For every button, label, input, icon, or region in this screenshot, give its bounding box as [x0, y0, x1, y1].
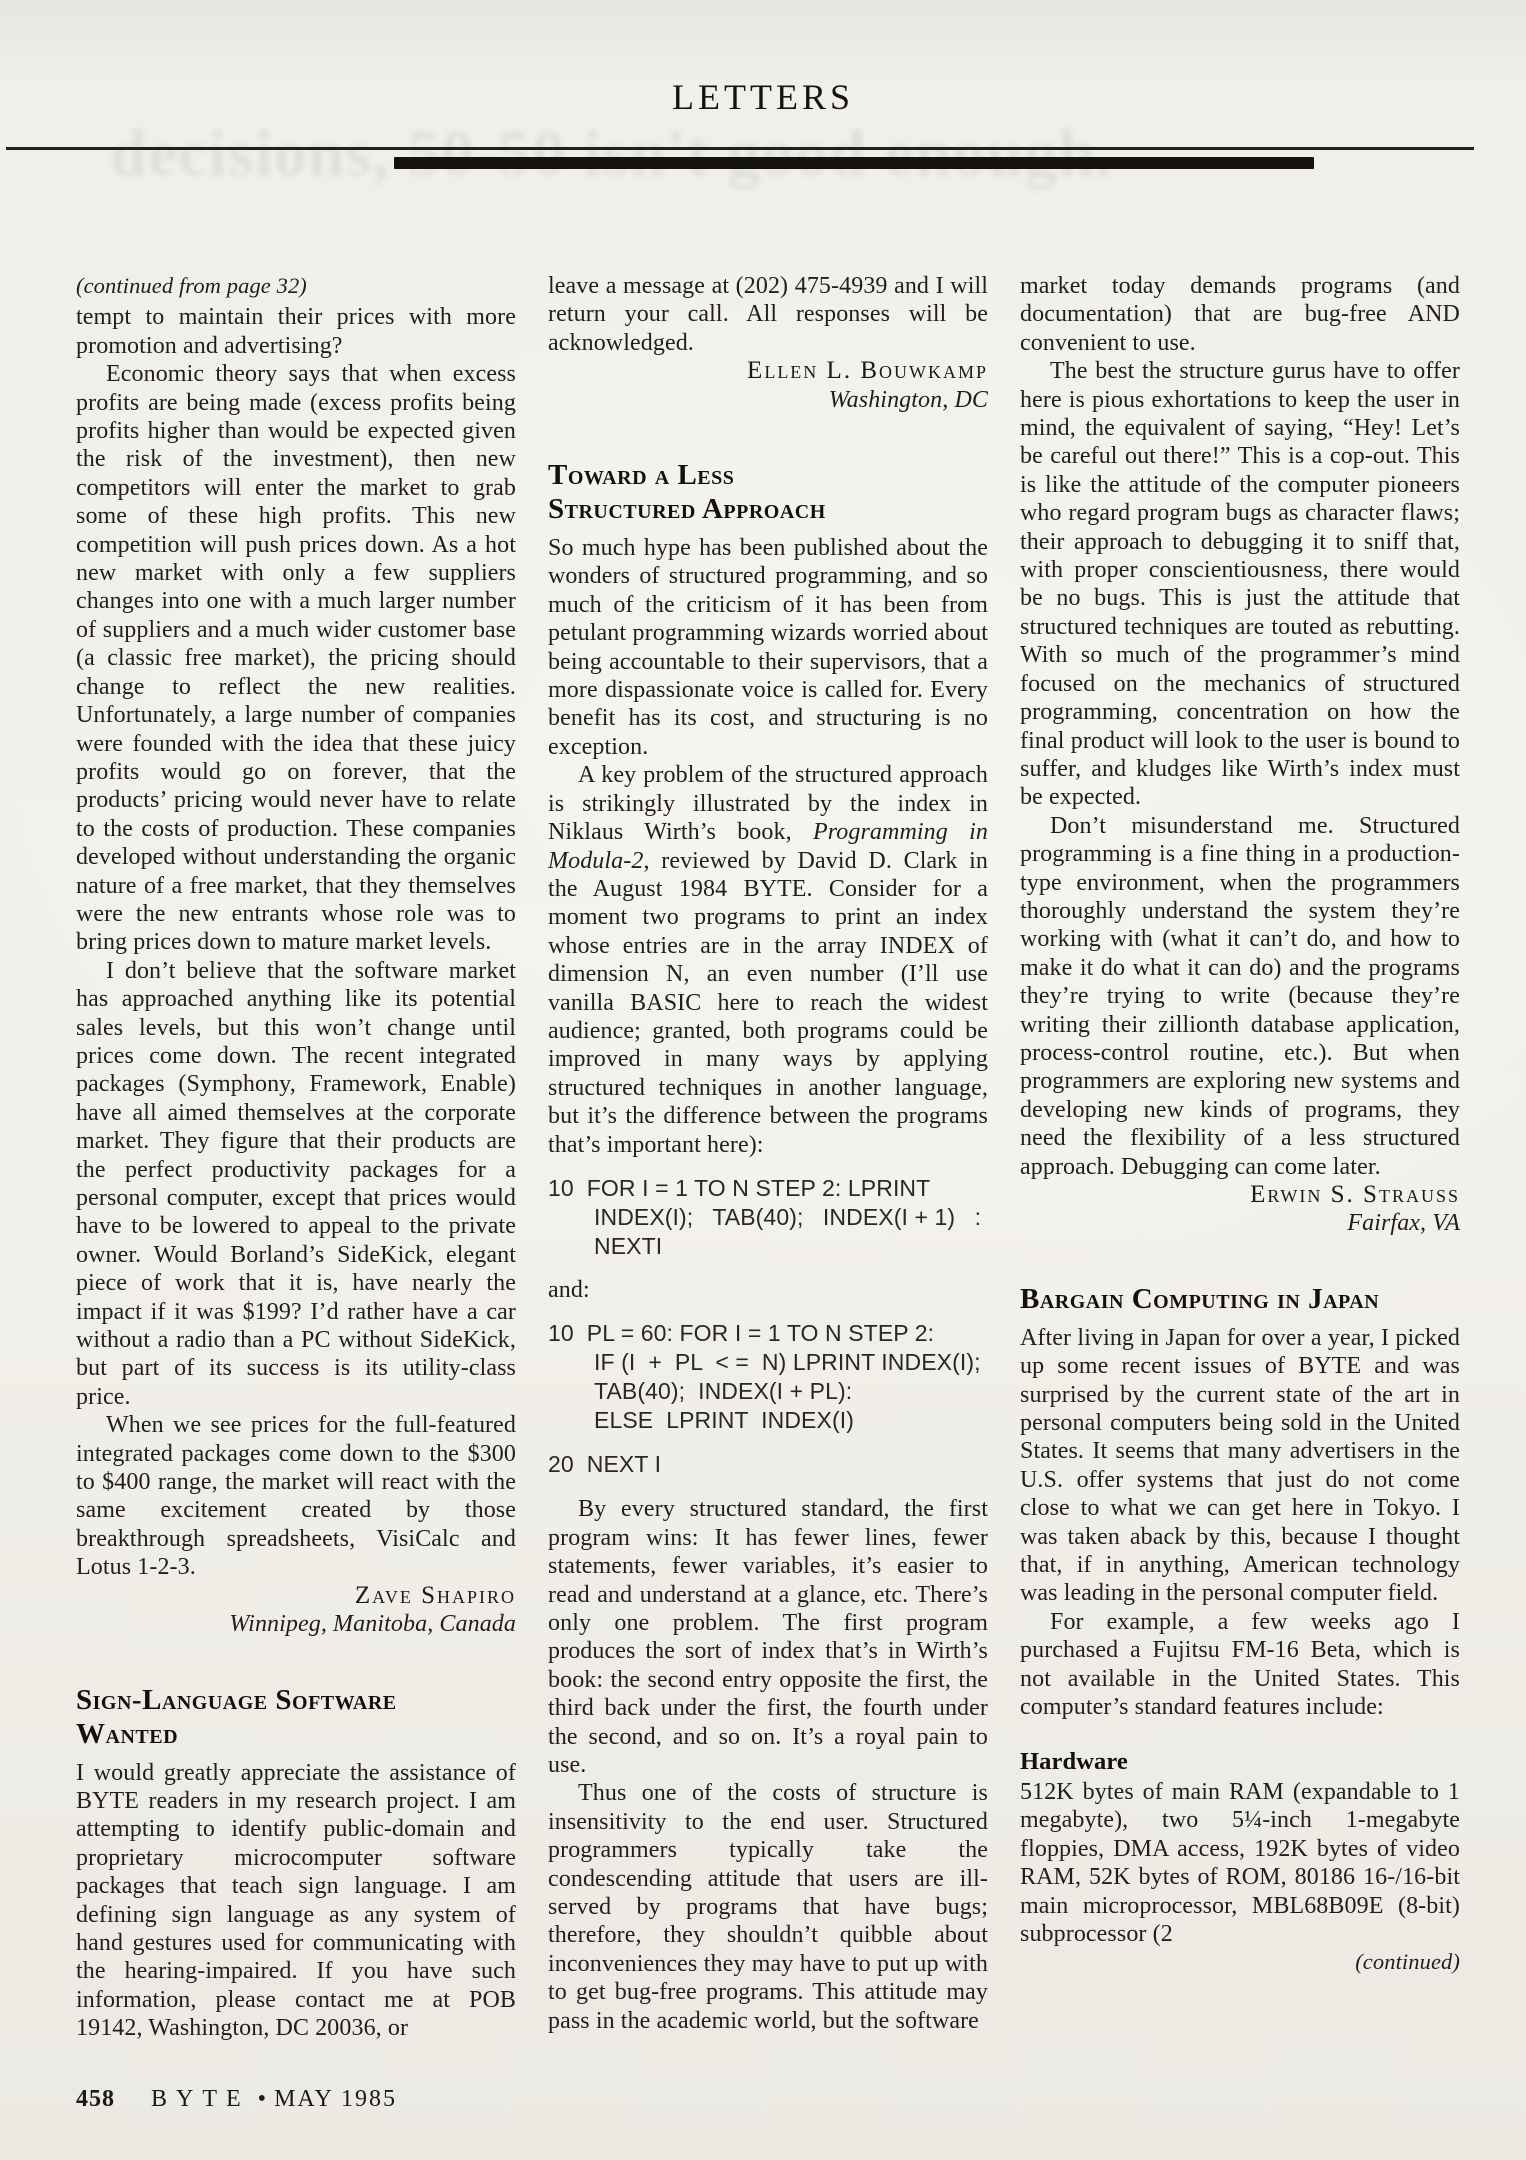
code-line: TAB(40); INDEX(I + PL): — [548, 1377, 988, 1406]
signature-name: Zave Shapiro — [76, 1582, 516, 1610]
section-heading-sign-language: Sign-Language Software Wanted — [76, 1683, 486, 1751]
paragraph: When we see prices for the full-featured… — [76, 1411, 516, 1581]
and-label: and: — [548, 1276, 988, 1304]
paragraph: Economic theory says that when excess pr… — [76, 360, 516, 957]
subheading-hardware: Hardware — [1020, 1748, 1460, 1776]
issue-date: MAY 1985 — [274, 2086, 397, 2112]
paragraph: A key problem of the structured approach… — [548, 761, 988, 1159]
section-heading-structured-approach: Toward a Less Structured Approach — [548, 458, 878, 526]
magazine-page: decisions, 50-50 isn't good enough. LETT… — [0, 0, 1526, 2160]
paragraph: Don’t misunderstand me. Structured progr… — [1020, 812, 1460, 1181]
letter-signature: Zave Shapiro Winnipeg, Manitoba, Canada — [76, 1582, 516, 1639]
paragraph: For example, a few weeks ago I purchased… — [1020, 1608, 1460, 1722]
paragraph: tempt to maintain their prices with more… — [76, 303, 516, 360]
paragraph-text: , reviewed by David D. Clark in the Augu… — [548, 848, 988, 1158]
letters-columns: (continued from page 32) tempt to mainta… — [76, 272, 1460, 2043]
basic-code-listing-1: 10 FOR I = 1 TO N STEP 2: LPRINT INDEX(I… — [548, 1174, 988, 1261]
paragraph: leave a message at (202) 475-4939 and I … — [548, 272, 988, 357]
paragraph: So much hype has been published about th… — [548, 534, 988, 761]
code-line: INDEX(I); TAB(40); INDEX(I + 1) : — [548, 1203, 988, 1232]
code-line: 20 NEXT I — [548, 1450, 988, 1479]
column-2: leave a message at (202) 475-4939 and I … — [548, 272, 988, 2043]
paragraph: market today demands programs (and docum… — [1020, 272, 1460, 357]
basic-code-listing-3: 20 NEXT I — [548, 1450, 988, 1479]
footer-bullet: • — [258, 2086, 266, 2112]
paragraph: I would greatly appreciate the assistanc… — [76, 1759, 516, 2043]
continued-from-note: (continued from page 32) — [76, 272, 516, 300]
signature-location: Washington, DC — [548, 386, 988, 414]
code-line: ELSE LPRINT INDEX(I) — [548, 1406, 988, 1435]
paragraph: I don’t believe that the software market… — [76, 957, 516, 1412]
page-header: LETTERS — [0, 0, 1526, 118]
header-rule — [6, 147, 1474, 150]
signature-location: Fairfax, VA — [1020, 1209, 1460, 1237]
paragraph: Thus one of the costs of structure is in… — [548, 1779, 988, 2035]
code-line: 10 PL = 60: FOR I = 1 TO N STEP 2: — [548, 1319, 988, 1348]
page-title: LETTERS — [0, 0, 1526, 118]
section-heading-bargain-computing: Bargain Computing in Japan — [1020, 1282, 1460, 1316]
paragraph: By every structured standard, the first … — [548, 1495, 988, 1779]
paragraph: After living in Japan for over a year, I… — [1020, 1324, 1460, 1608]
basic-code-listing-2: 10 PL = 60: FOR I = 1 TO N STEP 2: IF (I… — [548, 1319, 988, 1435]
letter-signature: Ellen L. Bouwkamp Washington, DC — [548, 357, 988, 414]
paragraph: 512K bytes of main RAM (expandable to 1 … — [1020, 1778, 1460, 1948]
code-line: NEXTI — [548, 1232, 988, 1261]
paragraph: The best the structure gurus have to off… — [1020, 357, 1460, 812]
page-number: 458 — [76, 2086, 115, 2112]
code-line: 10 FOR I = 1 TO N STEP 2: LPRINT — [548, 1174, 988, 1203]
column-1: (continued from page 32) tempt to mainta… — [76, 272, 516, 2043]
continued-note: (continued) — [1020, 1948, 1460, 1976]
letter-signature: Erwin S. Strauss Fairfax, VA — [1020, 1181, 1460, 1238]
column-3: market today demands programs (and docum… — [1020, 272, 1460, 2043]
signature-name: Erwin S. Strauss — [1020, 1181, 1460, 1209]
header-bar — [394, 157, 1314, 169]
ghost-showthrough-headline: decisions, 50-50 isn't good enough. — [110, 116, 1440, 192]
code-line: IF (I + PL < = N) LPRINT INDEX(I); — [548, 1348, 988, 1377]
page-footer: 458BYTE•MAY 1985 — [76, 2086, 397, 2113]
signature-name: Ellen L. Bouwkamp — [548, 357, 988, 385]
magazine-name: BYTE — [151, 2086, 250, 2112]
signature-location: Winnipeg, Manitoba, Canada — [76, 1610, 516, 1638]
